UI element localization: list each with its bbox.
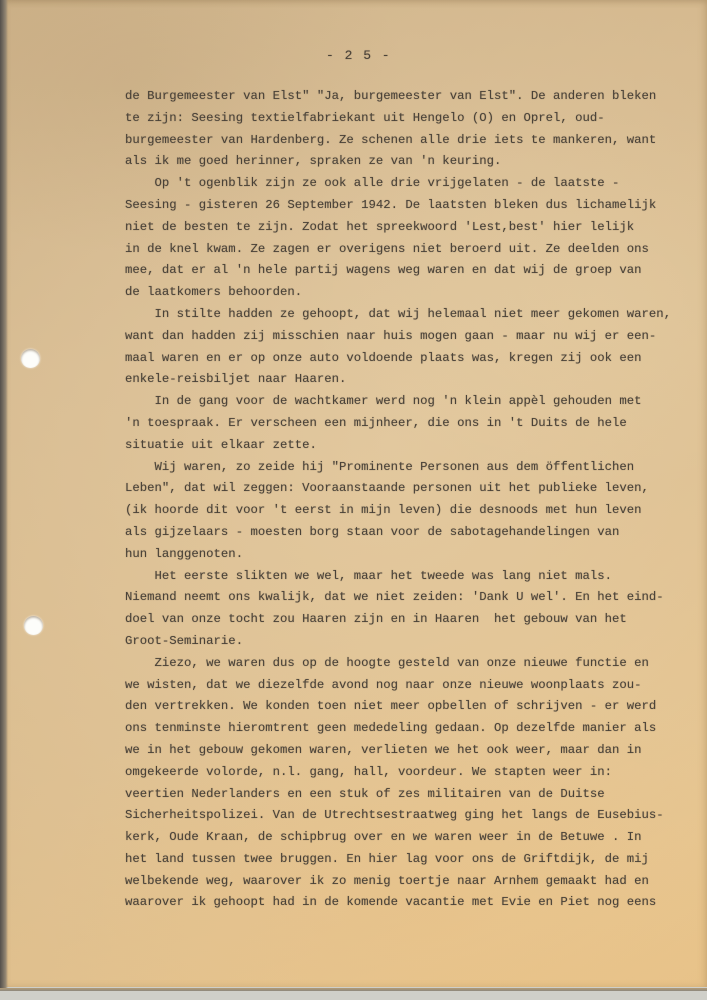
- text-line: In stilte hadden ze gehoopt, dat wij hel…: [125, 304, 685, 326]
- text-line: maal waren en er op onze auto voldoende …: [125, 348, 685, 370]
- text-line: omgekeerde volorde, n.l. gang, hall, voo…: [125, 762, 685, 784]
- text-line: kerk, Oude Kraan, de schipbrug over en w…: [125, 827, 685, 849]
- text-line: mee, dat er al 'n hele partij wagens weg…: [125, 260, 685, 282]
- text-line: het land tussen twee bruggen. En hier la…: [125, 849, 685, 871]
- text-line: we in het gebouw gekomen waren, verliete…: [125, 740, 685, 762]
- text-line: als gijzelaars - moesten borg staan voor…: [125, 522, 685, 544]
- text-line: we wisten, dat we diezelfde avond nog na…: [125, 675, 685, 697]
- text-line: den vertrekken. We konden toen niet meer…: [125, 696, 685, 718]
- text-line: hun langgenoten.: [125, 544, 685, 566]
- text-line: In de gang voor de wachtkamer werd nog '…: [125, 391, 685, 413]
- typewritten-body: de Burgemeester van Elst" "Ja, burgemees…: [125, 86, 685, 914]
- text-line: burgemeester van Hardenberg. Ze schenen …: [125, 130, 685, 152]
- text-line: Het eerste slikten we wel, maar het twee…: [125, 566, 685, 588]
- text-line: ons tenminste hieromtrent geen mededelin…: [125, 718, 685, 740]
- page-number: - 2 5 -: [326, 48, 391, 63]
- text-line: Op 't ogenblik zijn ze ook alle drie vri…: [125, 173, 685, 195]
- text-line: de laatkomers behoorden.: [125, 282, 685, 304]
- text-line: Ziezo, we waren dus op de hoogte gesteld…: [125, 653, 685, 675]
- text-line: want dan hadden zij misschien naar huis …: [125, 326, 685, 348]
- text-line: Groot-Seminarie.: [125, 631, 685, 653]
- punch-hole-top: [21, 349, 40, 368]
- page-bottom-edge: [0, 988, 707, 991]
- text-line: situatie uit elkaar zette.: [125, 435, 685, 457]
- text-line: de Burgemeester van Elst" "Ja, burgemees…: [125, 86, 685, 108]
- text-line: doel van onze tocht zou Haaren zijn en i…: [125, 609, 685, 631]
- text-line: Sicherheitspolizei. Van de Utrechtsestra…: [125, 805, 685, 827]
- text-line: (ik hoorde dit voor 't eerst in mijn lev…: [125, 500, 685, 522]
- text-line: welbekende weg, waarover ik zo menig toe…: [125, 871, 685, 893]
- text-line: 'n toespraak. Er verscheen een mijnheer,…: [125, 413, 685, 435]
- text-line: Niemand neemt ons kwalijk, dat we niet z…: [125, 587, 685, 609]
- scanned-document-page: { "document": { "page_number": "- 2 5 -"…: [0, 0, 707, 1000]
- text-line: waarover ik gehoopt had in de komende va…: [125, 892, 685, 914]
- page-left-edge: [0, 0, 8, 988]
- text-line: enkele-reisbiljet naar Haaren.: [125, 369, 685, 391]
- text-line: Leben", dat wil zeggen: Vooraanstaande p…: [125, 478, 685, 500]
- text-line: Wij waren, zo zeide hij "Prominente Pers…: [125, 457, 685, 479]
- text-line: Seesing - gisteren 26 September 1942. De…: [125, 195, 685, 217]
- text-line: veertien Nederlanders en een stuk of zes…: [125, 784, 685, 806]
- text-line: in de knel kwam. Ze zagen er overigens n…: [125, 239, 685, 261]
- punch-hole-bottom: [24, 616, 43, 635]
- text-line: niet de besten te zijn. Zodat het spreek…: [125, 217, 685, 239]
- text-line: als ik me goed herinner, spraken ze van …: [125, 151, 685, 173]
- text-line: te zijn: Seesing textielfabriekant uit H…: [125, 108, 685, 130]
